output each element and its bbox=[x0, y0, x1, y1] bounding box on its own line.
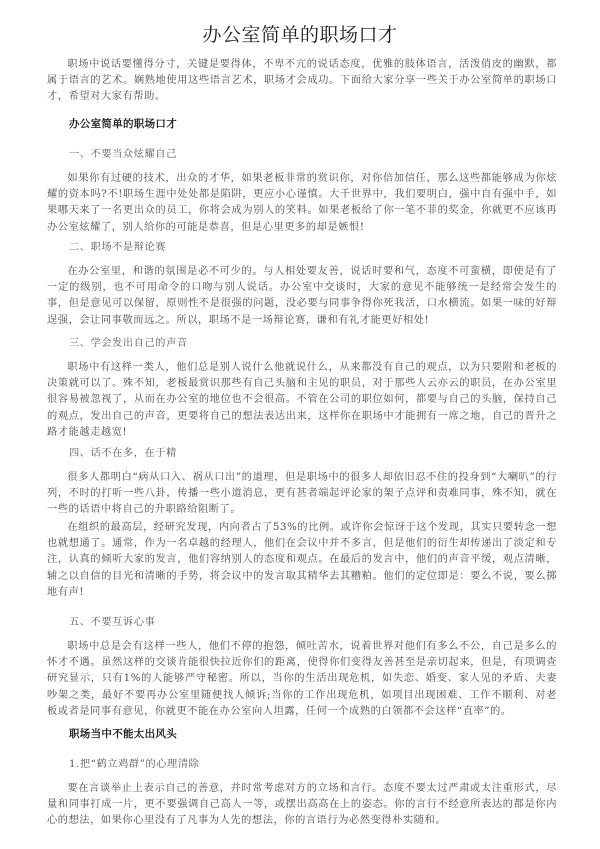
section-paragraph: 很多人都明白“病从口入、祸从口出”的道理，但是职场中的很多人却依旧忍不住的投身到… bbox=[47, 470, 557, 519]
section-paragraph: 在办公室里，和谐的氛围是必不可少的。与人相处要友善，说话时要和气，态度不可蛮横，… bbox=[47, 264, 557, 329]
intro-block: 职场中说话要懂得分寸，关键是要得体，不卑不亢的说话态度，优雅的肢体语言，活泼俏皮… bbox=[47, 57, 557, 106]
section-5-body: 职场中总是会有这样一些人，他们不停的抱怨，倾吐苦水，说着世界对他们有多么不公，自… bbox=[47, 639, 557, 720]
section-4-body-2: 在组织的最高层，经研究发现，内向者占了53%的比例。或许你会惊讶于这个发现，其实… bbox=[47, 520, 557, 601]
main-heading-block: 办公室简单的职场口才 bbox=[47, 116, 557, 131]
subsection-1-body: 要在言谈举止上表示自己的善意，并时常考虑对方的立场和言行。态度不要太过严肃或太注… bbox=[47, 781, 557, 830]
section-heading: 三、学会发出自己的声音 bbox=[47, 334, 557, 349]
section-paragraph: 职场中有这样一类人，他们总是别人说什么他就说什么，从来都没有自己的观点，以为只要… bbox=[47, 360, 557, 441]
section-paragraph: 如果你有过硬的技术，出众的才华，如果老板非常的赏识你，对你倍加信任，那么这些都能… bbox=[47, 171, 557, 236]
subsection-1: 1.把“鹤立鸡群”的心理清除 bbox=[47, 755, 557, 770]
intro-paragraph: 职场中说话要懂得分寸，关键是要得体，不卑不亢的说话态度，优雅的肢体语言，活泼俏皮… bbox=[47, 57, 557, 106]
subsection-heading: 1.把“鹤立鸡群”的心理清除 bbox=[47, 755, 557, 770]
section-heading: 二、职场不是辩论赛 bbox=[47, 238, 557, 253]
section-4: 四、话不在多，在于精 bbox=[47, 444, 557, 459]
document-page: 办公室简单的职场口才 职场中说话要懂得分寸，关键是要得体，不卑不亢的说话态度，优… bbox=[0, 0, 600, 849]
section-5: 五、不要互诉心事 bbox=[47, 613, 557, 628]
section-2: 二、职场不是辩论赛 bbox=[47, 238, 557, 253]
section-3-body: 职场中有这样一类人，他们总是别人说什么他就说什么，从来都没有自己的观点，以为只要… bbox=[47, 360, 557, 441]
section-heading: 五、不要互诉心事 bbox=[47, 613, 557, 628]
section-1: 一、不要当众炫耀自己 bbox=[47, 145, 557, 160]
main-heading: 办公室简单的职场口才 bbox=[47, 116, 557, 131]
section-2-body: 在办公室里，和谐的氛围是必不可少的。与人相处要友善，说话时要和气，态度不可蛮横，… bbox=[47, 264, 557, 329]
section-heading: 一、不要当众炫耀自己 bbox=[47, 145, 557, 160]
section-paragraph: 职场中总是会有这样一些人，他们不停的抱怨，倾吐苦水，说着世界对他们有多么不公，自… bbox=[47, 639, 557, 720]
section-paragraph: 在组织的最高层，经研究发现，内向者占了53%的比例。或许你会惊讶于这个发现，其实… bbox=[47, 520, 557, 601]
section-1-body: 如果你有过硬的技术，出众的才华，如果老板非常的赏识你，对你倍加信任，那么这些都能… bbox=[47, 171, 557, 236]
section-4-body-1: 很多人都明白“病从口入、祸从口出”的道理，但是职场中的很多人却依旧忍不住的投身到… bbox=[47, 470, 557, 519]
second-heading: 职场当中不能太出风头 bbox=[47, 726, 557, 741]
section-3: 三、学会发出自己的声音 bbox=[47, 334, 557, 349]
section-heading: 四、话不在多，在于精 bbox=[47, 444, 557, 459]
document-title: 办公室简单的职场口才 bbox=[0, 20, 600, 47]
second-heading-block: 职场当中不能太出风头 bbox=[47, 726, 557, 741]
subsection-paragraph: 要在言谈举止上表示自己的善意，并时常考虑对方的立场和言行。态度不要太过严肃或太注… bbox=[47, 781, 557, 830]
